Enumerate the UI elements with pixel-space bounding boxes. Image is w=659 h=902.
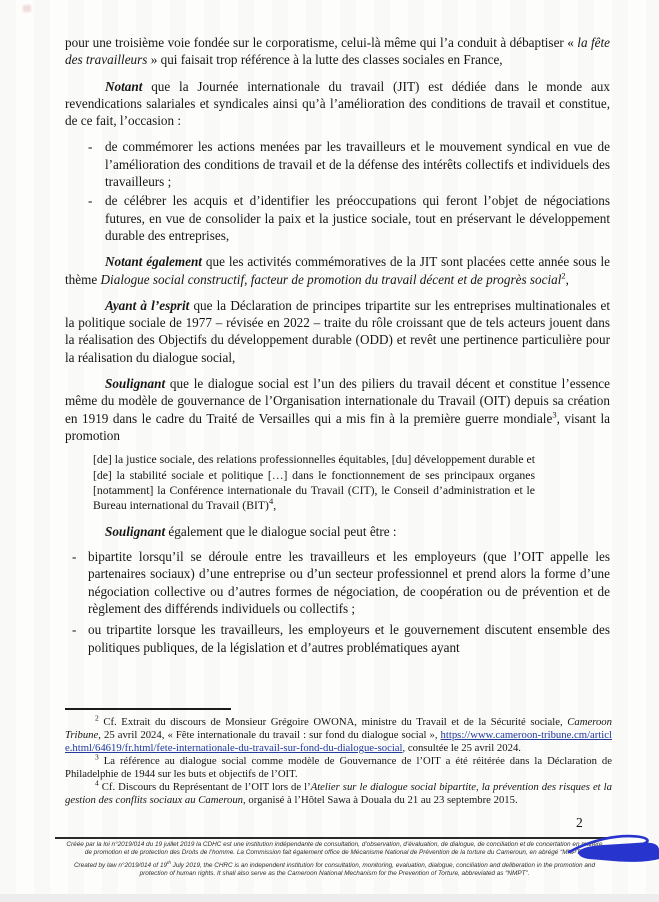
dash-list-dialogue-types: -bipartite lorsqu’il se déroule entre le… (65, 548, 610, 656)
paragraph-ayant: Ayant à l’esprit que la Déclaration de p… (65, 297, 610, 366)
paragraph-soulignant: Soulignant que le dialogue social est l’… (65, 375, 610, 444)
pen-annotation (565, 829, 659, 867)
paragraph-lead: Soulignant (105, 376, 165, 391)
paragraph-lead: Notant (105, 79, 142, 94)
theme-title-italic: Dialogue social constructif, facteur de … (101, 272, 562, 287)
paragraph-lead: Notant également (105, 254, 202, 269)
footnote-separator-line (65, 708, 231, 710)
dash-bullet: - (88, 192, 92, 209)
dash-list-occasions: -de commémorer les actions menées par le… (65, 138, 610, 244)
footer-english-text: Created by law n°2019/014 of 19 (74, 862, 167, 869)
list-item-text: ou tripartite lorsque les travailleurs, … (88, 622, 610, 654)
paragraph-text: également que le dialogue social peut êt… (165, 524, 396, 539)
footnote-text: Cf. Extrait du discours de Monsieur Grég… (99, 716, 568, 728)
footnotes-block: 2 Cf. Extrait du discours de Monsieur Gr… (65, 716, 612, 807)
quote-text: [de] la justice sociale, des relations p… (93, 453, 535, 512)
quote-text-end: , (273, 499, 276, 512)
paragraph-text-end: , (566, 272, 569, 287)
dash-bullet: - (88, 138, 92, 155)
footnote-text-end: , consultée le 25 avril 2024. (403, 742, 521, 754)
list-item-text: de célébrer les acquis et d’identifier l… (105, 193, 610, 243)
footnote-text-end: , organisé à l’Hôtel Sawa à Douala du 21… (243, 794, 518, 806)
document-page: pour une troisième voie fondée sur le co… (0, 0, 659, 902)
dash-bullet: - (72, 621, 76, 638)
footer-french: Créée par la loi n°2019/014 du 19 juille… (62, 841, 607, 858)
paragraph-notant: Notant que la Journée internationale du … (65, 78, 610, 130)
footnote-4: 4 Cf. Discours du Représentant de l’OIT … (65, 781, 612, 807)
dash-bullet: - (72, 548, 76, 565)
intro-text: pour une troisième voie fondée sur le co… (65, 35, 577, 50)
paragraph-intro: pour une troisième voie fondée sur le co… (65, 34, 610, 69)
pen-blob (578, 842, 659, 861)
footer-english-text-end: July 2019, the CHRC is an independent in… (140, 862, 595, 877)
list-item-text: bipartite lorsqu’il se déroule entre les… (88, 549, 610, 616)
footnote-text: Cf. Discours du Représentant de l’OIT lo… (99, 781, 311, 793)
footnote-2: 2 Cf. Extrait du discours de Monsieur Gr… (65, 716, 612, 755)
footnote-text: , 25 avril 2024, « Fête internationale d… (98, 729, 440, 741)
paragraph-notant-egalement: Notant également que les activités commé… (65, 253, 610, 288)
paragraph-lead: Soulignant (105, 524, 165, 539)
intro-text-end: » qui faisait trop référence à la lutte … (147, 52, 502, 67)
footnote-text: La référence au dialogue social comme mo… (65, 755, 612, 780)
body-text: pour une troisième voie fondée sur le co… (65, 34, 610, 660)
footer-english: Created by law n°2019/014 of 19th July 2… (62, 862, 607, 879)
paragraph-soulignant-egalement: Soulignant également que le dialogue soc… (65, 523, 610, 540)
scan-edge-strip (0, 894, 659, 902)
blockquote-oit: [de] la justice sociale, des relations p… (93, 452, 535, 514)
scan-artifact-mark (23, 5, 31, 12)
paragraph-text: que la Journée internationale du travail… (65, 79, 610, 129)
list-item: -bipartite lorsqu’il se déroule entre le… (65, 548, 610, 617)
list-item: -de célébrer les acquis et d’identifier … (65, 192, 610, 244)
footnote-3: 3 La référence au dialogue social comme … (65, 755, 612, 781)
list-item: -de commémorer les actions menées par le… (65, 138, 610, 190)
footer-separator-line (55, 837, 608, 839)
list-item: -ou tripartite lorsque les travailleurs,… (65, 621, 610, 656)
paragraph-lead: Ayant à l’esprit (105, 298, 189, 313)
list-item-text: de commémorer les actions menées par les… (105, 139, 610, 189)
